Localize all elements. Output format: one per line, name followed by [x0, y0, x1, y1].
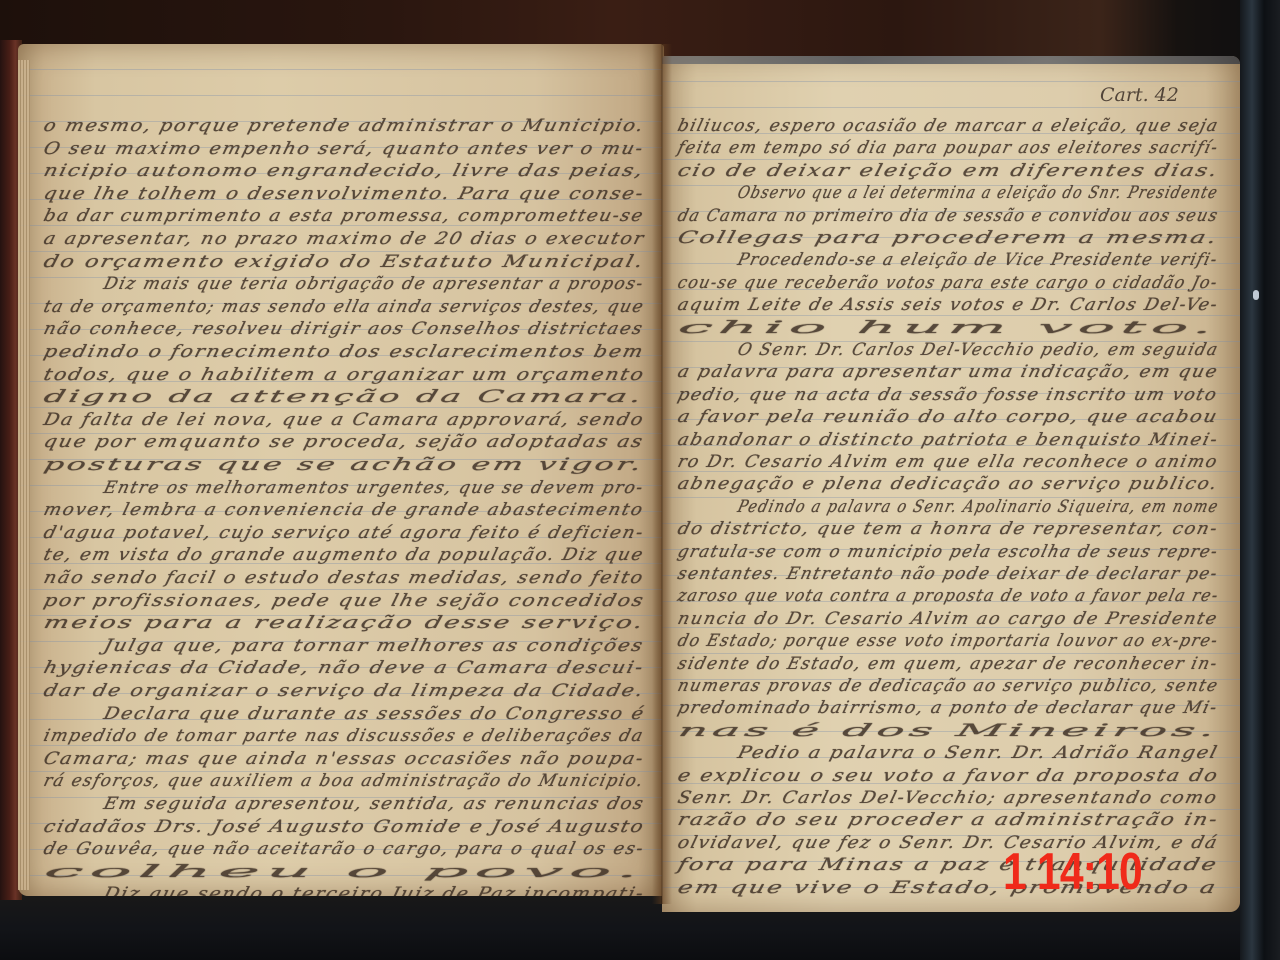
- handwritten-line: posturas que se achão em vigor.: [42, 455, 647, 475]
- handwritten-line: a apresentar, no prazo maximo de 20 dias…: [42, 229, 648, 249]
- handwritten-line: a favor pela reunião do alto corpo, que …: [676, 407, 1221, 427]
- handwritten-line: pedindo o fornecimento dos esclareciment…: [42, 342, 647, 362]
- page-number-mark: Cart. 42: [1100, 84, 1179, 106]
- handwritten-line: do orçamento exigido do Estatuto Municip…: [42, 252, 647, 272]
- handwritten-line: predominado bairrismo, a ponto de declar…: [676, 698, 1221, 718]
- handwritten-line: a palavra para apresentar uma indicação,…: [676, 362, 1221, 382]
- handwritten-line: Procedendo-se a eleição de Vice Presiden…: [736, 250, 1221, 270]
- handwritten-line: cidadãos Drs. José Augusto Gomide e José…: [42, 817, 647, 837]
- handwritten-line: de Gouvêa, que não aceitarão o cargo, pa…: [42, 839, 647, 859]
- handwritten-line: não conhece, resolveu dirigir aos Consel…: [42, 319, 646, 339]
- handwritten-line: Da falta de lei nova, que a Camara appro…: [42, 410, 647, 430]
- handwritten-line: dar de organizar o serviço da limpeza da…: [42, 681, 647, 701]
- handwritten-line: impedido de tomar parte nas discussões e…: [42, 726, 647, 746]
- handwritten-line: Entre os melhoramentos urgentes, que se …: [102, 478, 647, 498]
- handwritten-line: por profissionaes, pede que lhe sejão co…: [42, 591, 647, 611]
- handwritten-line: da Camara no primeiro dia de sessão e co…: [676, 206, 1221, 226]
- glass-reflection: [1253, 290, 1259, 300]
- handwritten-line: Diz que sendo o terceiro Juiz de Paz inc…: [102, 884, 647, 896]
- handwritten-line: mover, lembra a conveniencia de grande a…: [42, 500, 646, 520]
- handwritten-line: meios para a realização desse serviço.: [42, 613, 648, 633]
- book-spine-gutter: [652, 44, 672, 904]
- handwritten-line: nuncia do Dr. Cesario Alvim ao cargo de …: [676, 609, 1221, 629]
- handwritten-line: O seu maximo empenho será, quanto antes …: [42, 139, 647, 159]
- handwritten-line: aquim Leite de Assis seis votos e Dr. Ca…: [676, 295, 1221, 315]
- handwritten-line: Julga que, para tornar melhores as condi…: [102, 636, 647, 656]
- handwritten-line: zaroso que vota contra a proposta de vot…: [676, 586, 1222, 606]
- handwritten-line: numeras provas de dedicação ao serviço p…: [676, 676, 1221, 696]
- handwritten-line: biliucos, espero ocasião de marcar a ele…: [676, 116, 1222, 136]
- handwritten-line: Pedindo a palavra o Senr. Apolinario Siq…: [736, 497, 1221, 517]
- handwritten-line: o mesmo, porque pretende administrar o M…: [42, 116, 647, 136]
- handwritten-line: não sendo facil o estudo destas medidas,…: [42, 568, 647, 588]
- handwritten-line: Observo que a lei determina a eleição do…: [736, 183, 1221, 203]
- handwritten-line: que por emquanto se proceda, sejão adopt…: [42, 432, 647, 452]
- handwritten-line: Em seguida apresentou, sentida, as renun…: [102, 794, 647, 814]
- handwritten-line: Pedio a palavra o Senr. Dr. Adrião Range…: [736, 743, 1221, 763]
- handwritten-line: cou-se que receberão votos para este car…: [676, 273, 1221, 293]
- handwritten-line: O Senr. Dr. Carlos Del-Vecchio pedio, em…: [736, 340, 1221, 360]
- handwritten-line: Diz mais que teria obrigação de apresent…: [102, 274, 647, 294]
- handwritten-line: que lhe tolhem o desenvolvimento. Para q…: [42, 184, 647, 204]
- display-case-frame: [1240, 0, 1280, 960]
- handwritten-line: hygienicas da Cidade, não deve a Camara …: [42, 658, 647, 678]
- handwritten-line: do Estado; porque esse voto importaria l…: [676, 631, 1221, 651]
- handwritten-line: todos, que o habilitem a organizar um or…: [42, 365, 648, 385]
- handwritten-line: ro Dr. Cesario Alvim em que ella reconhe…: [676, 452, 1221, 472]
- handwritten-line: ba dar cumprimento a esta promessa, comp…: [42, 206, 647, 226]
- handwritten-line: te, em vista do grande augmento da popul…: [42, 545, 647, 565]
- handwritten-line: feita em tempo só dia para poupar aos el…: [676, 138, 1221, 158]
- handwritten-line: nas é dos Mineiros.: [676, 721, 1222, 741]
- handwritten-line: do districto, que tem a honra de represe…: [676, 519, 1221, 539]
- handwritten-line: Declara que durante as sessões do Congre…: [102, 704, 648, 724]
- handwritten-line: razão do seu proceder a administração in…: [676, 810, 1221, 830]
- handwritten-line: abnegação e plena dedicação ao serviço p…: [676, 474, 1221, 494]
- handwritten-line: digno da attenção da Camara.: [42, 387, 647, 407]
- handwritten-line: d'agua potavel, cujo serviço até agora f…: [42, 523, 647, 543]
- handwritten-line: abandonar o distincto patriota e benquis…: [676, 430, 1221, 450]
- handwritten-line: rá esforços, que auxiliem a boa administ…: [42, 771, 647, 791]
- handwritten-line: cio de deixar eleição em diferentes dias…: [676, 161, 1221, 181]
- handwritten-line: Collegas para procederem a mesma.: [676, 228, 1221, 248]
- handwritten-line: nicipio autonomo engrandecido, livre das…: [42, 161, 647, 181]
- left-page: o mesmo, porque pretende administrar o M…: [18, 44, 664, 896]
- right-page: Cart. 42 biliucos, espero ocasião de mar…: [662, 56, 1240, 912]
- handwritten-line: pedio, que na acta da sessão fosse inscr…: [676, 385, 1220, 405]
- handwritten-line: e explicou o seu voto a favor da propost…: [676, 766, 1222, 786]
- handwritten-line: Senr. Dr. Carlos Del-Vecchio; apresentan…: [676, 788, 1220, 808]
- handwritten-line: colheu o povo.: [42, 862, 648, 882]
- camera-timestamp: 1 14:10: [1003, 846, 1142, 898]
- page-edges-stack: [18, 60, 30, 890]
- handwritten-line: chio hum voto.: [676, 318, 1221, 338]
- handwritten-line: sidente do Estado, em quem, apezar de re…: [676, 654, 1221, 674]
- handwritten-line: gratula-se com o municipio pela escolha …: [676, 542, 1221, 562]
- handwritten-line: Camara; mas que ainda n'essas occasiões …: [42, 749, 647, 769]
- handwritten-line: ta de orçamento; mas sendo ella ainda se…: [42, 297, 647, 317]
- handwritten-line: sentantes. Entretanto não pode deixar de…: [676, 564, 1221, 584]
